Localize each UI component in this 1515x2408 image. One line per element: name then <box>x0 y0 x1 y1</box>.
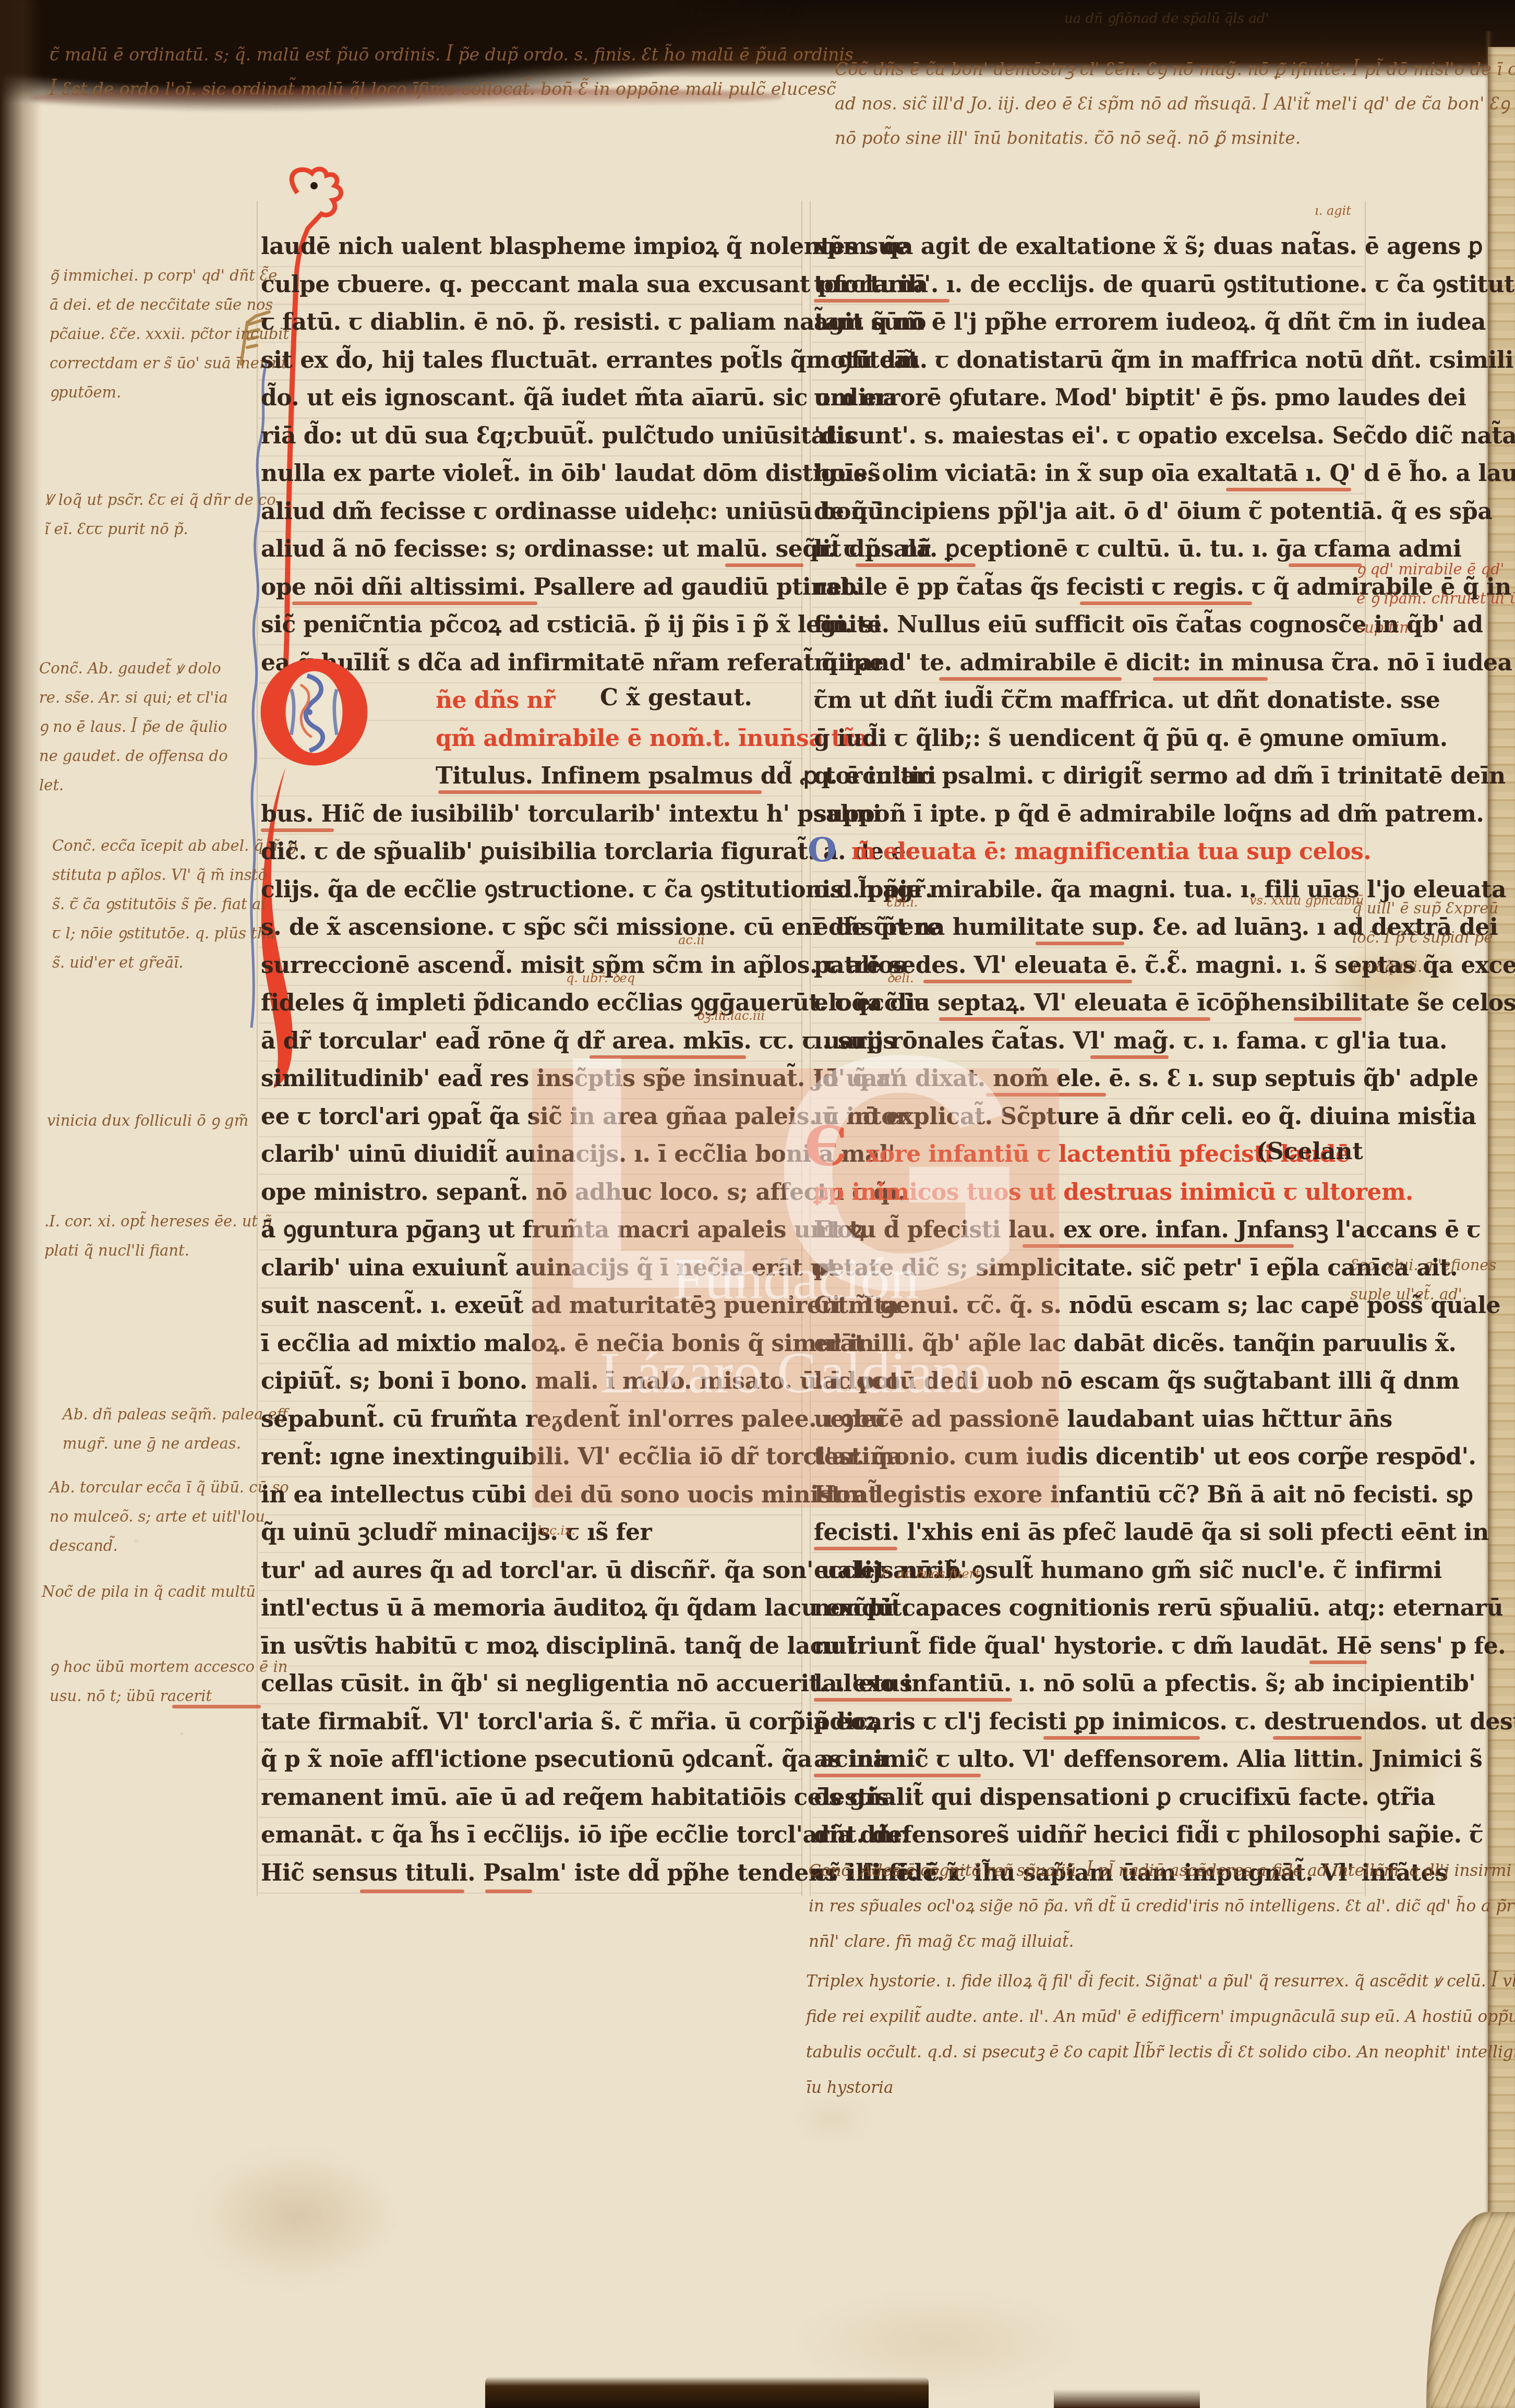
margin-note-line: Conc̃. Ab. gaudet̃ ꝟ dolo <box>39 656 228 685</box>
text-line: culpe ꞇbuere. q. peccant mala sua excusa… <box>261 268 802 306</box>
watermark-line1: Fundación <box>532 1246 1059 1313</box>
text-line: q. ē initio psalmi. ꞇ dirigit̃ sermo ad … <box>814 759 1365 797</box>
gloss-line: fide rei expilit̃ audte. ante. ıl'. An m… <box>806 2003 1515 2039</box>
text-line: suppoñ ī ipte. p q̃d ē admirabile loq̃ns… <box>814 797 1365 835</box>
margin-note: Conc̃. ecc̃a īcepit ab abel. q̃ m̃ ꝯstit… <box>52 834 296 980</box>
margin-note: Ab. torcular ecc̃a ī q̃ übū. cū sono mul… <box>50 1475 289 1563</box>
margin-note-line: ā dei. et de necc̃itate sū̃e nos <box>50 293 289 322</box>
blue-paraph-initial: O <box>808 830 837 870</box>
gloss-line: nn̄l' clare. fn̄ mag̃ ꜫꞇ mag̃ illuiat̃. <box>809 1928 1515 1964</box>
paraph-gestavit: C x̃ gestaut. <box>600 684 752 711</box>
red-underline <box>1153 677 1268 681</box>
margin-note-line: correctdam er s̃ ūo' suā īnerint <box>50 351 289 380</box>
margin-note-line: usu. nō t; übū racerit <box>50 1684 287 1713</box>
interlinear-note: ac.ii <box>678 933 705 947</box>
margin-note: ꝯ̃ immichei. p corp' qd' dñt ꜫ̃eā dei. e… <box>50 263 289 410</box>
text-line: finite. Nullus eiū sufficit oīs ꞇ̃at̃as … <box>814 608 1365 646</box>
interlinear-note: ı. agit <box>1315 203 1351 218</box>
margin-note-line: descand̃. <box>50 1534 289 1563</box>
bottom-gloss-2: Triplex hystorie. ı. fide illoꝝ q̃ fil' … <box>806 1968 1515 2110</box>
text-line: aliud ã nō fecisse: s; ordinasse: ut mal… <box>261 532 802 570</box>
margin-note: Noc̃ de pila in q̃ cadit multū <box>42 1580 256 1609</box>
margin-note: .I. cor. xi. opt̃ hereses ēe. ut q̃plati… <box>44 1209 272 1268</box>
red-underline <box>923 980 1132 983</box>
red-underline <box>1080 601 1252 605</box>
text-line: nulla ex parte violet̃. in ōib' laudat d… <box>261 456 802 495</box>
margin-note-line: s̃. uid'er et gr̃eāī. <box>52 950 296 980</box>
text-line: sit ex d̃o, hij tales fluctuāt. errantes… <box>261 343 802 381</box>
margin-note-line: no mulceõ. s; arte et uitl'lou <box>50 1504 289 1534</box>
text-line: aliud dm̃ fecisse ꞇ ordinasse uideḥc: un… <box>261 495 802 533</box>
text-line: q̃ı uinū ꝫcludr̃ minacijs. ꞇ ıs̃ fer <box>261 1515 802 1554</box>
red-underline <box>814 299 949 303</box>
text-line: m̃ eleuata ē: magnificentia tua sup celo… <box>851 835 1365 873</box>
text-line: clijs. q̃a de ecc̃lie ꝯstructione. ꞇ c̃a… <box>261 873 802 911</box>
gloss-line: ad nos. sic̃ ill'd Jo. iij. deo ē ꜫi sp̃… <box>835 91 1515 125</box>
margin-note-line: Ꝟ loq̃ ut psc̃r. ꜫꞇ ei q̃ dñr de co. <box>44 488 280 517</box>
margin-note-line: ne gaudet. de offensa do <box>39 744 228 773</box>
margin-note: Ab. dñ paleas seq̃m̃. palea effmugr̃. un… <box>63 1402 287 1461</box>
red-underline <box>1294 1017 1362 1021</box>
gloss-line: Conc̃. Ades ē cognitō rer̃ sp̃ualiū. ꟾ p… <box>809 1857 1515 1893</box>
text-line: tate firmabit̃. Vl' torcl'aria s̃. ꞇ̃ mr… <box>261 1705 802 1743</box>
black-tail-after-rubric: (Scelant <box>1256 1138 1363 1165</box>
text-line: um errorē ꝯfutare. Mod' biptit' ē p̃s. p… <box>814 381 1365 419</box>
red-underline <box>1036 942 1124 945</box>
text-line: laudē nich ualent blaspheme impioꝝ q̃ no… <box>261 230 802 268</box>
margin-note: Ꝟ loq̃ ut psc̃r. ꜫꞇ ei q̃ dñr de co.ı̃ e… <box>44 488 280 546</box>
margin-note-line: ꝯ̃ immichei. p corp' qd' dñt ꜫ̃e <box>50 263 289 293</box>
red-underline <box>1289 563 1362 567</box>
text-line: qm̃ admirabile ē nom̃.t. īnun̄sa tr̃a. <box>436 721 802 760</box>
margin-note-line: ꞇ l; nōie ꝯstitutōe. q. plūs tha <box>52 921 296 950</box>
margin-note-line: ꝯputōem. <box>50 380 289 410</box>
margin-note-line: Ab. dñ paleas seq̃m̃. palea eff <box>63 1402 287 1431</box>
red-underline <box>814 1698 1012 1702</box>
gloss-line: Triplex hystorie. ı. fide illoꝝ q̃ fil' … <box>806 1968 1515 2003</box>
text-line: s. de x̃ ascensione. ꞇ sp̃c sc̃i mission… <box>261 910 802 948</box>
red-underline <box>814 1774 981 1777</box>
watermark: LG Fundación Lázaro Galdiano <box>532 1068 1059 1508</box>
red-underline <box>1309 1660 1367 1664</box>
red-underline <box>856 563 976 567</box>
text-line: nondū capaces cognitionis rerū sp̃ualiū.… <box>814 1591 1365 1629</box>
interlinear-note: l'. ac ꝺuos fuert <box>882 1565 980 1582</box>
binding-bottom-edge-2 <box>1054 2389 1200 2408</box>
red-underline <box>1090 1055 1169 1059</box>
text-line: emanāt. ꞇ q̃a h̃s ī ecc̃lijs. iō ip̃e ec… <box>261 1818 802 1856</box>
margin-note-line: mugr̃. une ḡ ne ardeas. <box>63 1431 287 1461</box>
text-line: Hic̃ sensus tituli. Psalm' iste dd̃ pp̃h… <box>261 1856 802 1894</box>
text-line: dñt. defensores̃ uidñr̃ heꞇici fid̃i ꞇ p… <box>814 1818 1365 1856</box>
interlinear-note: q̃. ubr̃. ꝺeq <box>566 969 635 986</box>
red-underline <box>172 1705 261 1708</box>
faded-offset-text: ua dñ ꝯfiōnad de sp̃alū q̃ls ad' <box>1064 8 1269 27</box>
red-underline <box>438 790 762 794</box>
red-underline <box>1226 488 1351 491</box>
text-line: ꞇ fatū. ꞇ diablin. ē nō. p̃. resisti. ꞇ … <box>261 305 802 343</box>
parchment-stain <box>783 2285 1096 2400</box>
text-line: surreccionē ascend̃. misit sp̃m sc̃m in … <box>261 948 802 986</box>
text-line: q̃ p x̃ noīe affl'ictione psecutionū ꝯdc… <box>261 1742 802 1780</box>
margin-note-line: Ab. torcular ecc̃a ī q̃ übū. cū so <box>50 1475 289 1504</box>
gloss-line: tabulis occ̃ult. q.d. si psecutꝫ ē ꜫo ca… <box>806 2039 1515 2074</box>
text-line: dic̃. ꞇ de sp̃ualib' ꝑuisibilia torclari… <box>261 835 802 873</box>
text-line: sic̃ peniꞇ̃ntia pc̃coꝝ ad ꞇsticiā. p̃ ij… <box>261 608 802 646</box>
parchment-stain <box>183 2139 402 2295</box>
text-line: xp̃m. q̃a agit de exaltatione x̃ s̃; dua… <box>814 230 1365 268</box>
gutter-shadow <box>0 0 42 2408</box>
illuminated-initial-D <box>257 655 371 769</box>
text-line: riā d̃o: ut dū sua ꜫq;ꞇbuūt̃. pulc̃tudo … <box>261 419 802 457</box>
interlinear-note: vs. xxuu gphcabiũ <box>1249 893 1364 908</box>
margin-note-line: ꝯ hoc übū mortem accesco ē in <box>50 1655 287 1684</box>
margin-note-line: pc̃aiue. ꜫꞇ̃e. xxxii. pc̃tor incubit <box>50 322 289 351</box>
text-line: intl'ectus ū ā memoria āuditoꝝ q̃ı q̃dam… <box>261 1591 802 1629</box>
red-underline <box>1273 1736 1362 1740</box>
margin-note: vinicia dux folliculi ō ꝯ gm̃ <box>47 1109 248 1138</box>
text-line: 'dicunt'. s. maiestas ei'. ꞇ opatio exce… <box>814 419 1365 457</box>
red-underline <box>1043 1736 1200 1740</box>
text-line: agit sūm̃ ē l'j pp̃he errorem iudeoꝝ. q̃… <box>814 305 1365 343</box>
text-line: remanent imū. aīe ū ad req̃em habitatiōi… <box>261 1780 802 1819</box>
interlinear-note: luc.ix. <box>537 1523 575 1538</box>
margin-note-line: plati q̃ nucl'li fiant. <box>44 1238 272 1268</box>
text-line: bus. Hic̃ de iusibilib' torcularib' inte… <box>261 797 802 835</box>
interlinear-note: ꜫbi.ı. <box>887 895 918 910</box>
margin-note-line: stituta p ap̃los. Vl' q̃ m̃ instō <box>52 863 296 892</box>
margin-note-line: s̃. ꞇ̃ c̃a ꝯstitutōis s̃ p̃e. fiat ai <box>52 892 296 921</box>
red-underline <box>814 1547 897 1550</box>
bottom-gloss-1: Conc̃. Ades ē cognitō rer̃ sp̃ualiū. ꟾ p… <box>809 1857 1515 1964</box>
gloss-line: nō pot̃o sine ill' īnū bonitatis. ꞇ̃ō nō… <box>835 125 1515 160</box>
text-line: tur' ad aures q̃ı ad torcl'ar. ū discñr̃… <box>261 1554 802 1592</box>
watermark-line2: Lázaro Galdiano <box>532 1340 1059 1407</box>
margin-note: Conc̃. Ab. gaudet̃ ꝟ dolore. ss̃e. Ar. s… <box>39 656 228 802</box>
red-underline <box>292 601 537 605</box>
margin-note-line: Noc̃ de pila in q̃ cadit multū <box>42 1580 256 1609</box>
red-underline <box>261 828 334 832</box>
red-underline <box>360 1889 464 1893</box>
text-line: notū dm̃. ꞇ donatistarū q̃m in maffrica … <box>814 343 1365 381</box>
margin-note-line: re. ss̃e. Ar. si qui; et ꞇl'ia <box>39 685 228 715</box>
top-gloss-right: Cōꞇ̃ dñs ē ꞇ̃a bon' demōstrꝫ cl' ꜫēn. ꜫꝯ… <box>835 56 1515 160</box>
margin-note-line: .I. cor. xi. opt̃ hereses ēe. ut q̃ <box>44 1209 272 1238</box>
margin-note-line: vinicia dux folliculi ō ꝯ gm̃ <box>47 1109 248 1138</box>
text-line: ōs gñalit̃ qui dispensationi ꝑ crucifixū… <box>814 1780 1365 1819</box>
text-line: de q̃ incipiens pp̃l'ja ait. ō d' ōium ꞇ… <box>814 495 1365 533</box>
gloss-line: Cōꞇ̃ dñs ē ꞇ̃a bon' demōstrꝫ cl' ꜫēn. ꜫꝯ… <box>835 56 1515 91</box>
gloss-line: ꟾ ꜫst de ordo l'oī. sic ordinat̃ malū q̃… <box>50 76 853 111</box>
text-line: d̃o. ut eis ignoscant. q̃ã iudet m̃ta aī… <box>261 381 802 419</box>
red-underline <box>485 1889 532 1893</box>
top-gloss-left: ꞇ̃ malū ē ordinatū. s; q̃. malū est p̃uō… <box>50 42 853 111</box>
margin-note-line: Conc̃. ecc̃a īcepit ab abel. q̃ m̃ ꝯ <box>52 834 296 863</box>
text-line: cellas ꞇūsit. in q̃b' si negligentia nō … <box>261 1667 802 1705</box>
text-line: īn usṽtis habitū ꞇ moꝝ disciplinā. tanq̃… <box>261 1629 802 1667</box>
margin-note-line: ı̃ eī. ꜫꞇꞇ purit nō p̃. <box>44 517 280 546</box>
gloss-line: īu hystoria <box>806 2074 1515 2110</box>
interlinear-note: ꝺeli. <box>887 969 914 986</box>
red-underline <box>939 677 1122 681</box>
manuscript-photo: ua dñ ꝯfiōnad de sp̃alū q̃ls ad' ꞇ̃ malū… <box>0 0 1515 2408</box>
text-line: ḡ iud̃i ꞇ q̃lib;: s̃ uendicent q̃ p̃ū q.… <box>814 721 1365 760</box>
text-line: ꞇ̃m ut dñt iud̃i ꞇ̃ꞇ̃m maffrica. ut dñt … <box>814 683 1365 721</box>
margin-note-line: ꝯ no ē laus. ꟾ p̃e de q̃ulio <box>39 715 228 744</box>
gloss-line: in res sp̃uales ocl'oꝝ sig̃e nō p̃a. vñ … <box>809 1893 1515 1928</box>
text-line: nutriunt̃ fide q̃ual' hystorie. ꞇ dm̃ la… <box>814 1629 1365 1667</box>
gloss-line: ꞇ̃ malū ē ordinatū. s; q̃. malū est p̃uō… <box>50 42 853 76</box>
red-underline <box>725 563 803 567</box>
margin-note-line: let. <box>39 773 228 802</box>
